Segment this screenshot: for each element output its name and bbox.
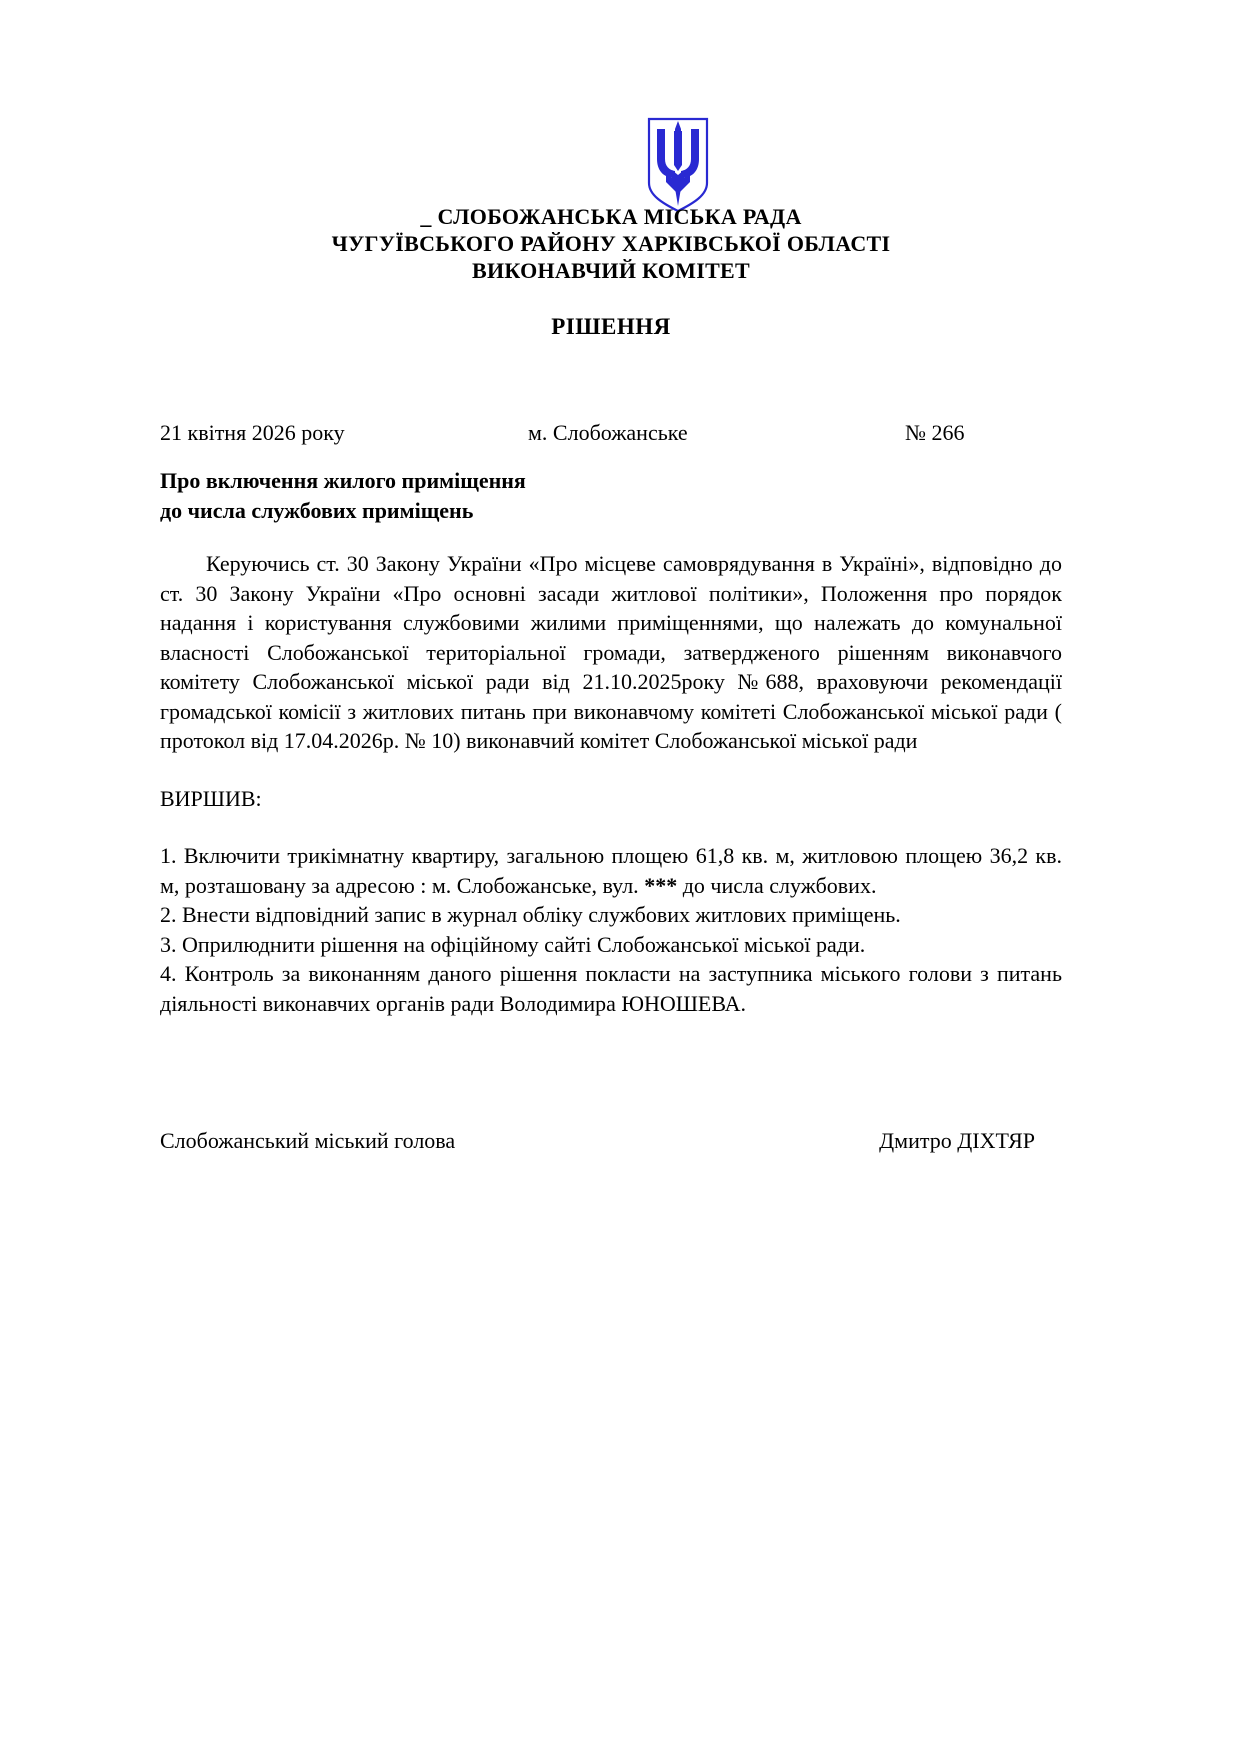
decision-item-2: 2. Внести відповідний запис в журнал обл… [160, 900, 1062, 930]
document-number: № 266 [905, 420, 965, 446]
stray-underscore: _ [420, 204, 431, 229]
subject-line-1: Про включення жилого приміщення [160, 466, 1062, 496]
subject-line-2: до числа службових приміщень [160, 496, 1062, 526]
decision-item-4: 4. Контроль за виконанням даного рішення… [160, 959, 1062, 1018]
preamble-paragraph: Керуючись ст. 30 Закону України «Про міс… [160, 549, 1062, 756]
signer-name: Дмитро ДІХТЯР [879, 1128, 1035, 1154]
org-committee-line: ВИКОНАВЧИЙ КОМІТЕТ [160, 257, 1062, 284]
decision-item-1: 1. Включити трикімнатну квартиру, загаль… [160, 841, 1062, 900]
document-place: м. Слобожанське [528, 420, 688, 446]
document-type-title: РІШЕННЯ [160, 314, 1062, 340]
decision-item-1-tail: до числа службових. [677, 873, 876, 898]
org-name-line: _ СЛОБОЖАНСЬКА МІСЬКА РАДА [160, 203, 1062, 230]
decision-document-page: _ СЛОБОЖАНСЬКА МІСЬКА РАДА ЧУГУЇВСЬКОГО … [0, 0, 1240, 1754]
org-name-text: СЛОБОЖАНСЬКА МІСЬКА РАДА [437, 204, 801, 229]
resolved-label: ВИРШИВ: [160, 786, 1062, 812]
document-date: 21 квітня 2026 року [160, 420, 345, 446]
decision-item-1-text: 1. Включити трикімнатну квартиру, загаль… [160, 843, 1062, 898]
signature-row: Слобожанський міський голова Дмитро ДІХТ… [160, 1128, 1062, 1154]
document-meta-row: 21 квітня 2026 року м. Слобожанське № 26… [160, 420, 1062, 450]
redacted-address-stars: *** [644, 873, 677, 898]
document-subject: Про включення жилого приміщення до числа… [160, 466, 1062, 526]
signer-title: Слобожанський міський голова [160, 1128, 455, 1154]
org-district-line: ЧУГУЇВСЬКОГО РАЙОНУ ХАРКІВСЬКОЇ ОБЛАСТІ [160, 230, 1062, 257]
organization-header: _ СЛОБОЖАНСЬКА МІСЬКА РАДА ЧУГУЇВСЬКОГО … [160, 203, 1062, 284]
decision-item-3: 3. Оприлюднити рішення на офіційному сай… [160, 930, 1062, 960]
ukraine-trident-emblem-icon [645, 117, 711, 215]
decision-items-list: 1. Включити трикімнатну квартиру, загаль… [160, 841, 1062, 1018]
